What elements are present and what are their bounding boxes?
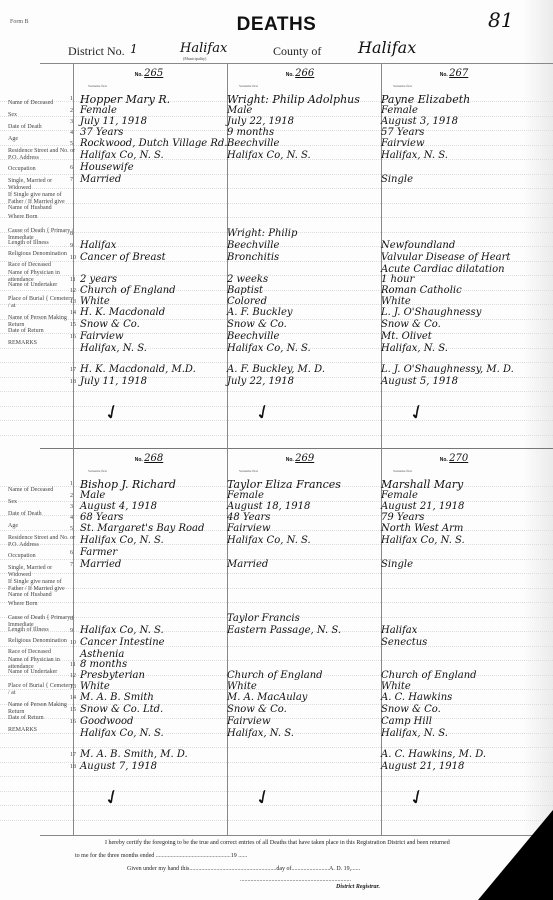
field-number: 5 <box>70 141 73 147</box>
field-label: Race of Deceased <box>8 649 76 656</box>
field-label: Name of Undertaker <box>8 669 76 676</box>
field-number: 13 <box>70 299 76 305</box>
field-number: 8 <box>70 231 73 237</box>
header-rule <box>40 63 553 64</box>
entry-date-of-death: August 21, 1918 <box>381 501 464 512</box>
field-label: Residence Street and No. or P.O. Address <box>8 148 76 161</box>
field-label: Name of Deceased <box>8 100 76 107</box>
field-label: Sex <box>8 112 76 119</box>
entry-physician: H. K. Macdonald <box>80 307 165 318</box>
field-label: Where Born <box>8 214 76 221</box>
entry-burial-at: Halifax Co, N. S. <box>227 343 311 354</box>
field-label: Race of Deceased <box>8 262 76 269</box>
field-label: Sex <box>8 499 76 506</box>
entry-religion: Roman Catholic <box>381 285 462 296</box>
entry-date-of-return: August 7, 1918 <box>80 761 157 772</box>
entry-date-of-death: August 4, 1918 <box>80 501 157 512</box>
field-label: Name of Deceased <box>8 487 76 494</box>
entry-burial-at: Halifax, N. S. <box>227 728 294 739</box>
entry-marital-status: Married <box>227 559 268 570</box>
field-label: Residence Street and No. or P.O. Address <box>8 535 76 548</box>
field-number: 12 <box>70 288 76 294</box>
field-number: 4 <box>70 130 73 136</box>
entry-undertaker: Snow & Co. <box>381 319 441 330</box>
field-label: Single, Married or Widowed <box>8 565 76 578</box>
entry-undertaker: Snow & Co. <box>227 319 287 330</box>
registrar-label: District Registrar. <box>336 884 380 890</box>
entry-date-of-death: August 18, 1918 <box>227 501 310 512</box>
death-register-page: Form B DEATHS District No. 1 Halifax (Mu… <box>0 0 553 900</box>
entry-cause-primary: Valvular Disease of Heart <box>381 252 510 263</box>
entry-race: Colored <box>227 296 267 307</box>
entry-residence-2: Halifax, N. S. <box>381 150 448 161</box>
entry-residence-2: Halifax Co, N. S. <box>227 535 311 546</box>
entry-race: White <box>80 681 110 692</box>
municipality-sublabel: (Municipality) <box>183 56 206 61</box>
entry-age: 68 Years <box>80 512 123 523</box>
entry-person-making-return: L. J. O'Shaughnessy, M. D. <box>381 364 514 375</box>
entry-physician: A. C. Hawkins <box>381 692 452 703</box>
entry-sex: Female <box>227 490 264 501</box>
entry-residence-2: Halifax Co, N. S. <box>80 150 164 161</box>
field-label: Date of Return <box>8 328 76 335</box>
entry-cause-primary: Senectus <box>381 637 427 648</box>
field-number: 14 <box>70 310 76 316</box>
field-label: Date of Return <box>8 715 76 722</box>
field-label: Length of Illness <box>8 627 76 634</box>
page-title: DEATHS <box>0 14 553 36</box>
entry-where-born: Halifax <box>80 240 116 251</box>
entry-marital-status: Single <box>381 174 413 185</box>
entry-age: 79 Years <box>381 512 424 523</box>
surname-first-label: Surname first <box>393 469 412 473</box>
field-number: 1 <box>70 96 73 102</box>
entry-where-born: Newfoundland <box>381 240 455 251</box>
entry-undertaker: Snow & Co. <box>381 704 441 715</box>
entry-race: White <box>80 296 110 307</box>
entry-marital-status: Married <box>80 559 121 570</box>
footer-rule <box>40 835 553 836</box>
entry-residence-2: Halifax Co, N. S. <box>227 150 311 161</box>
entry-sex: Female <box>381 105 418 116</box>
entry-cemetery: Beechville <box>227 331 279 342</box>
entry-residence-1: Fairview <box>227 523 271 534</box>
entry-burial-at: Halifax Co, N. S. <box>80 728 164 739</box>
field-number: 18 <box>70 764 76 770</box>
death-entry-266: No. 266Surname firstWright: Philip Adolp… <box>225 68 375 438</box>
checkmark-icon: ✓ <box>251 398 277 428</box>
field-label: Name of Person Making Return <box>8 702 76 715</box>
entry-burial-at: Halifax, N. S. <box>80 343 147 354</box>
entry-cemetery: Goodwood <box>80 716 133 727</box>
field-number: 1 <box>70 481 73 487</box>
entry-cemetery: Fairview <box>227 716 271 727</box>
entry-date-of-death: July 22, 1918 <box>227 116 294 127</box>
entry-marital-status: Single <box>381 559 413 570</box>
county-label: County of <box>273 44 321 59</box>
county-name: Halifax <box>358 38 416 57</box>
death-entry-267: No. 267Surname firstPayne ElizabethFemal… <box>379 68 529 438</box>
checkmark-icon: ✓ <box>100 398 126 428</box>
field-number: 4 <box>70 515 73 521</box>
entry-religion: Church of England <box>381 670 477 681</box>
entry-cemetery: Fairview <box>80 331 124 342</box>
entry-length-of-illness: 1 hour <box>381 274 414 285</box>
entry-undertaker: Snow & Co. <box>227 704 287 715</box>
field-number: 10 <box>70 255 76 261</box>
certification-line-3: Given under my hand this................… <box>127 866 360 872</box>
entry-occupation: Farmer <box>80 547 117 558</box>
field-number: 15 <box>70 707 76 713</box>
field-number: 9 <box>70 243 73 249</box>
field-number: 3 <box>70 119 73 125</box>
entry-person-making-return: A. F. Buckley, M. D. <box>227 364 325 375</box>
field-number: 6 <box>70 550 73 556</box>
entry-burial-at: Halifax, N. S. <box>381 343 448 354</box>
field-number: 2 <box>70 493 73 499</box>
entry-age: 57 Years <box>381 127 424 138</box>
entry-cause-primary: Cancer Intestine <box>80 637 165 648</box>
entry-number: No. 267 <box>379 68 529 79</box>
entry-physician: M. A. B. Smith <box>80 692 154 703</box>
entry-sex: Female <box>80 105 117 116</box>
surname-first-label: Surname first <box>88 469 107 473</box>
entry-date-of-return: August 21, 1918 <box>381 761 464 772</box>
field-number: 7 <box>70 177 73 183</box>
surname-first-label: Surname first <box>88 84 107 88</box>
field-label: Occupation <box>8 166 76 173</box>
entry-marital-status: Married <box>80 174 121 185</box>
entry-person-making-return: H. K. Macdonald, M.D. <box>80 364 196 375</box>
field-number: 15 <box>70 322 76 328</box>
field-label: REMARKS <box>8 727 76 734</box>
field-label: Date of Death <box>8 511 76 518</box>
surname-first-label: Surname first <box>239 469 258 473</box>
entry-occupation: Housewife <box>80 162 134 173</box>
entry-number: No. 270 <box>379 453 529 464</box>
field-number: 17 <box>70 752 76 758</box>
page-number: 81 <box>488 8 513 32</box>
field-label: Age <box>8 136 76 143</box>
field-number: 16 <box>70 719 76 725</box>
section-divider <box>40 448 553 449</box>
entry-number: No. 265 <box>74 68 224 79</box>
municipality: Halifax <box>180 41 227 56</box>
entry-date-of-return: August 5, 1918 <box>381 376 458 387</box>
entry-number: No. 268 <box>74 453 224 464</box>
death-entry-269: No. 269Surname firstTaylor Eliza Frances… <box>225 453 375 823</box>
entry-religion: Church of England <box>227 670 323 681</box>
field-number: 8 <box>70 616 73 622</box>
entry-where-born: Eastern Passage, N. S. <box>227 625 341 636</box>
field-label: Name of Person Making Return <box>8 315 76 328</box>
field-label: If Single give name of Father / If Marri… <box>8 579 76 599</box>
field-number: 7 <box>70 562 73 568</box>
entry-race: White <box>227 681 257 692</box>
entry-sex: Male <box>227 105 252 116</box>
field-label: Name of Undertaker <box>8 282 76 289</box>
entry-race: White <box>381 681 411 692</box>
certification-line-2: to me for the three months ended .......… <box>75 853 247 859</box>
entry-date-of-death: July 11, 1918 <box>80 116 147 127</box>
field-label: Place of Burial { Cemetery / at <box>8 296 76 309</box>
field-label: REMARKS <box>8 340 76 347</box>
entry-residence-2: Halifax Co, N. S. <box>80 535 164 546</box>
death-entry-270: No. 270Surname firstMarshall MaryFemaleA… <box>379 453 529 823</box>
entry-residence-1: North West Arm <box>381 523 463 534</box>
field-label: If Single give name of Father / If Marri… <box>8 192 76 212</box>
entry-sex: Female <box>381 490 418 501</box>
death-entry-265: No. 265Surname first1Hopper Mary R.2Fema… <box>74 68 224 438</box>
entry-date-of-death: August 3, 1918 <box>381 116 458 127</box>
field-label: Religious Denomination <box>8 638 76 645</box>
field-label: Length of Illness <box>8 240 76 247</box>
entry-where-born: Halifax Co, N. S. <box>80 625 164 636</box>
field-number: 16 <box>70 334 76 340</box>
district-label: District No. <box>68 44 125 59</box>
entry-physician: L. J. O'Shaughnessy <box>381 307 481 318</box>
entry-burial-at: Halifax, N. S. <box>381 728 448 739</box>
entry-religion: Presbyterian <box>80 670 145 681</box>
field-label: Date of Death <box>8 124 76 131</box>
entry-date-of-return: July 11, 1918 <box>80 376 147 387</box>
entry-where-born: Halifax <box>381 625 417 636</box>
field-number: 10 <box>70 640 76 646</box>
checkmark-icon: ✓ <box>251 783 277 813</box>
entry-undertaker: Snow & Co. Ltd. <box>80 704 163 715</box>
entry-religion: Baptist <box>227 285 263 296</box>
entry-length-of-illness: 8 months <box>80 659 127 670</box>
entry-residence-1: Rockwood, Dutch Village Rd. <box>80 138 227 149</box>
page-corner-shadow <box>478 810 553 900</box>
field-label: Occupation <box>8 553 76 560</box>
surname-first-label: Surname first <box>239 84 258 88</box>
field-number: 3 <box>70 504 73 510</box>
entry-cause-primary: Cancer of Breast <box>80 252 166 263</box>
field-number: 2 <box>70 108 73 114</box>
registrar-signature-line: ........................................… <box>240 877 351 883</box>
entry-cemetery: Mt. Olivet <box>381 331 432 342</box>
entry-number: No. 269 <box>225 453 375 464</box>
field-number: 17 <box>70 367 76 373</box>
entry-age: 48 Years <box>227 512 270 523</box>
entry-residence-1: St. Margaret's Bay Road <box>80 523 204 534</box>
entry-father-or-husband: Wright: Philip <box>227 228 297 239</box>
surname-first-label: Surname first <box>393 84 412 88</box>
field-label: Where Born <box>8 601 76 608</box>
entry-undertaker: Snow & Co. <box>80 319 140 330</box>
field-label: Religious Denomination <box>8 251 76 258</box>
entry-date-of-return: July 22, 1918 <box>227 376 294 387</box>
entry-person-making-return: A. C. Hawkins, M. D. <box>381 749 486 760</box>
entry-residence-2: Halifax Co, N. S. <box>381 535 465 546</box>
checkmark-icon: ✓ <box>405 783 431 813</box>
entry-physician: A. F. Buckley <box>227 307 293 318</box>
entry-cause-primary: Bronchitis <box>227 252 279 263</box>
field-number: 14 <box>70 695 76 701</box>
entry-age: 37 Years <box>80 127 123 138</box>
certification-line-1: I hereby certify the foregoing to be the… <box>105 840 450 846</box>
entry-physician: M. A. MacAulay <box>227 692 307 703</box>
entry-sex: Male <box>80 490 105 501</box>
field-label: Place of Burial { Cemetery / at <box>8 683 76 696</box>
field-number: 13 <box>70 684 76 690</box>
checkmark-icon: ✓ <box>405 398 431 428</box>
field-number: 9 <box>70 628 73 634</box>
entry-residence-1: Fairview <box>381 138 425 149</box>
entry-religion: Church of England <box>80 285 176 296</box>
field-label: Single, Married or Widowed <box>8 178 76 191</box>
death-entry-268: No. 268Surname first1Bishop J. Richard2M… <box>74 453 224 823</box>
entry-age: 9 months <box>227 127 274 138</box>
field-number: 12 <box>70 673 76 679</box>
entry-number: No. 266 <box>225 68 375 79</box>
entry-length-of-illness: 2 weeks <box>227 274 268 285</box>
field-number: 11 <box>70 662 76 668</box>
district-row: District No. 1 Halifax (Municipality) Co… <box>68 40 548 62</box>
entry-cemetery: Camp Hill <box>381 716 432 727</box>
entry-residence-1: Beechville <box>227 138 279 149</box>
checkmark-icon: ✓ <box>100 783 126 813</box>
field-label: Age <box>8 523 76 530</box>
field-number: 11 <box>70 277 76 283</box>
field-number: 6 <box>70 165 73 171</box>
entry-race: White <box>381 296 411 307</box>
field-number: 18 <box>70 379 76 385</box>
district-number: 1 <box>130 42 138 56</box>
entry-person-making-return: M. A. B. Smith, M. D. <box>80 749 188 760</box>
field-number: 5 <box>70 526 73 532</box>
entry-father-or-husband: Taylor Francis <box>227 613 300 624</box>
entry-where-born: Beechville <box>227 240 279 251</box>
entry-length-of-illness: 2 years <box>80 274 117 285</box>
